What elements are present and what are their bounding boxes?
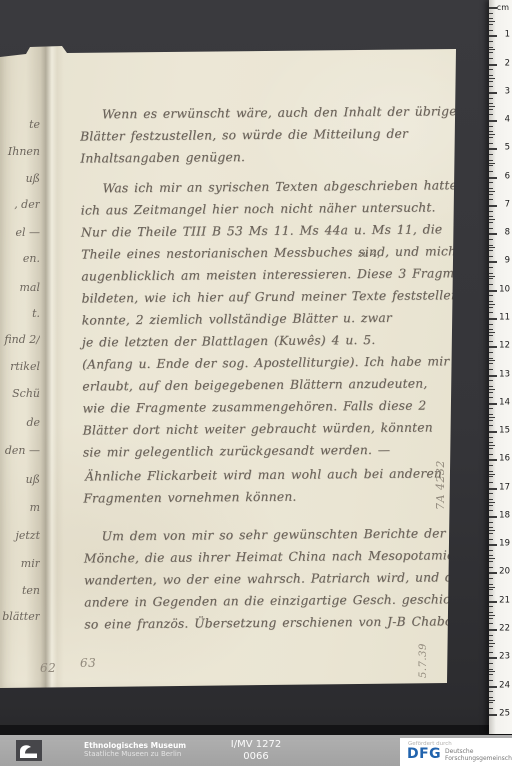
footer-shadow-band: [0, 725, 512, 735]
ruler-tick: [489, 247, 495, 248]
paragraph: Was ich mir an syrischen Texten abgeschr…: [81, 178, 477, 467]
ruler-tick: [489, 131, 493, 132]
ruler-tick: [489, 493, 493, 494]
ruler-tick: [489, 488, 497, 490]
ruler-tick: [489, 425, 493, 426]
ruler-number: 7: [505, 199, 510, 209]
ruler-number: 20: [499, 567, 510, 577]
ruler-tick: [489, 171, 493, 172]
ruler-tick: [489, 273, 493, 274]
ruler-tick: [489, 250, 493, 251]
ruler-tick: [489, 587, 495, 588]
ruler-tick: [489, 702, 493, 703]
reference-block: I/MV 1272 0066: [156, 739, 356, 763]
ruler-tick: [489, 267, 493, 268]
handwritten-line: sie mir gelegentlich zurückgesandt werde…: [83, 442, 477, 467]
ruler-number: 13: [499, 369, 510, 379]
ruler-tick: [489, 182, 493, 183]
ruler-tick: [489, 228, 493, 229]
ruler-tick: [489, 165, 493, 166]
ruler-tick: [489, 527, 493, 528]
funding-organisation: Deutsche Forschungsgemeinschaft: [445, 748, 512, 762]
ruler-tick: [489, 188, 493, 189]
ruler-tick: [489, 589, 493, 590]
ruler-tick: [489, 442, 493, 443]
ruler-tick: [489, 256, 493, 257]
ruler-tick: [489, 389, 495, 390]
ruler-tick: [489, 35, 497, 37]
ruler-tick: [489, 669, 493, 670]
pencil-folio-number-right: 63: [80, 656, 96, 670]
ruler-tick: [489, 454, 493, 455]
ruler-number: 11: [499, 313, 510, 323]
ruler-tick: [489, 437, 493, 438]
ruler-tick: [489, 680, 493, 681]
ruler-tick: [489, 417, 495, 418]
ruler-tick: [489, 414, 493, 415]
ruler-tick: [489, 392, 493, 393]
ruler-tick: [489, 615, 495, 616]
ruler-unit-label: cm: [497, 3, 509, 12]
paragraph: Wenn es erwünscht wäre, auch den Inhalt …: [80, 104, 475, 173]
ruler-tick: [489, 420, 493, 421]
funding-org-line2: Forschungsgemeinschaft: [445, 755, 512, 762]
ruler-tick: [489, 52, 493, 53]
scan-viewport: teIhnenuß, derel —en.malt.find 2/rtikelS…: [0, 0, 512, 766]
ruler-tick: [489, 335, 493, 336]
ruler-tick: [489, 318, 497, 320]
ruler-tick: [489, 278, 493, 279]
ruler-tick: [489, 329, 493, 330]
ruler-number: 5: [505, 143, 510, 153]
ruler-tick: [489, 312, 493, 313]
ruler-tick: [489, 352, 493, 353]
ruler-tick: [489, 106, 495, 107]
funding-org-line1: Deutsche: [445, 748, 512, 755]
ruler-tick: [489, 332, 495, 333]
ruler-tick: [489, 261, 497, 263]
ruler-number: 10: [499, 284, 510, 294]
ruler-number: 6: [505, 171, 510, 181]
dfg-logo: DFG: [407, 746, 441, 762]
ruler-tick: [489, 522, 493, 523]
ruler-tick: [489, 18, 493, 19]
dfg-funding-box: Gefördert durch DFG Deutsche Forschungsg…: [400, 738, 512, 766]
ruler-tick: [489, 482, 493, 483]
ruler-tick: [489, 539, 493, 540]
ruler-tick: [489, 341, 493, 342]
ruler-tick: [489, 555, 493, 556]
ruler-number: 2: [505, 58, 510, 68]
ruler-number: 4: [505, 115, 510, 125]
ruler-tick: [489, 103, 493, 104]
ruler-tick: [489, 408, 493, 409]
ruler-tick: [489, 544, 497, 546]
ruler-tick: [489, 505, 493, 506]
ruler-tick: [489, 160, 493, 161]
ruler-tick: [489, 550, 493, 551]
ruler-tick: [489, 499, 493, 500]
ruler-tick: [489, 663, 493, 664]
pencil-folio-number-left: 62: [40, 661, 56, 675]
ruler-number: 8: [505, 228, 510, 238]
ruler-tick: [489, 397, 493, 398]
ruler-tick: [489, 219, 495, 220]
ruler-tick: [489, 671, 495, 672]
ruler-tick: [489, 109, 493, 110]
ruler-tick: [489, 714, 497, 716]
ruler-tick: [489, 697, 493, 698]
paragraph: Ähnliche Flickarbeit wird man wohl auch …: [83, 466, 477, 513]
ruler-tick: [489, 502, 495, 503]
ruler-tick: [489, 691, 493, 692]
smb-logo-icon: [16, 740, 42, 761]
handwritten-line: Inhaltsangaben genügen.: [80, 148, 474, 173]
ruler-number: 17: [499, 482, 510, 492]
ruler-tick: [489, 448, 493, 449]
ruler-tick: [489, 98, 493, 99]
ruler-tick: [489, 191, 495, 192]
ruler-tick: [489, 134, 495, 135]
ruler-number: 19: [499, 539, 510, 549]
ruler-tick: [489, 572, 497, 574]
ruler-tick: [489, 516, 497, 518]
ruler-tick: [489, 530, 495, 531]
ruler-tick: [489, 239, 493, 240]
ruler-tick: [489, 386, 493, 387]
ruler-tick: [489, 295, 493, 296]
ruler-tick: [489, 363, 493, 364]
ruler-number: 21: [499, 595, 510, 605]
ruler-tick: [489, 459, 497, 461]
ruler-tick: [489, 380, 493, 381]
ruler-tick: [489, 245, 493, 246]
ruler-tick: [489, 465, 493, 466]
ruler-number: 23: [499, 652, 510, 662]
pencil-margin-mark-lower: 5.7.39: [418, 622, 429, 678]
ruler-tick: [489, 346, 497, 348]
ruler-tick: [489, 199, 493, 200]
cm-ruler: cm 1234567891011121314151617181920212223…: [489, 0, 512, 734]
ruler-tick: [489, 30, 493, 31]
ruler-tick: [489, 578, 493, 579]
ruler-tick: [489, 612, 493, 613]
handwritten-line: Fragmenten vornehmen können.: [83, 488, 477, 513]
ruler-tick: [489, 13, 493, 14]
ruler-tick: [489, 49, 495, 50]
ruler-number: 24: [499, 680, 510, 690]
ruler-tick: [489, 686, 497, 688]
ruler-tick: [489, 618, 493, 619]
ruler-tick: [489, 623, 493, 624]
ruler-tick: [489, 222, 493, 223]
ruler-number: 9: [505, 256, 510, 266]
ruler-tick: [489, 21, 495, 22]
handwritten-text: Wenn es erwünscht wäre, auch den Inhalt …: [0, 0, 512, 702]
ruler-tick: [489, 652, 493, 653]
ruler-tick: [489, 78, 495, 79]
ruler-tick: [489, 58, 493, 59]
ruler-tick: [489, 471, 493, 472]
ruler-tick: [489, 403, 497, 405]
ruler-tick: [489, 86, 493, 87]
ruler-tick: [489, 154, 493, 155]
ruler-tick: [489, 290, 497, 292]
ruler-tick: [489, 64, 497, 66]
ruler-number: 1: [505, 30, 510, 40]
pencil-margin-mark-upper: 7A 4232: [434, 410, 447, 510]
ruler-tick: [489, 301, 493, 302]
ruler-tick: [489, 276, 495, 277]
ruler-tick: [489, 369, 493, 370]
ruler-tick: [489, 148, 497, 150]
ruler-tick: [489, 375, 497, 377]
ruler-tick: [489, 216, 493, 217]
ruler-tick: [489, 629, 497, 631]
ruler-number: 12: [499, 341, 510, 351]
ruler-number: 25: [499, 708, 510, 718]
ruler-tick: [489, 41, 493, 42]
ruler-number: 3: [505, 86, 510, 96]
ruler-tick: [489, 194, 493, 195]
ruler-tick: [489, 635, 493, 636]
ruler-tick: [489, 360, 495, 361]
ruler-tick: [489, 211, 493, 212]
ruler-tick: [489, 143, 493, 144]
ruler-tick: [489, 75, 493, 76]
ruler-tick: [489, 163, 495, 164]
ruler-tick: [489, 126, 493, 127]
ruler-tick: [489, 120, 497, 122]
ruler-tick: [489, 304, 495, 305]
ruler-tick: [489, 474, 495, 475]
ruler-tick: [489, 595, 493, 596]
ruler-tick: [489, 643, 495, 644]
ruler-number: 15: [499, 426, 510, 436]
shelfmark: I/MV 1272: [156, 739, 356, 751]
ruler-tick: [489, 567, 493, 568]
ruler-tick: [489, 324, 493, 325]
ruler-tick: [489, 69, 493, 70]
ruler-tick: [489, 510, 493, 511]
ruler-tick: [489, 431, 497, 433]
ruler-tick: [489, 92, 497, 94]
ruler-tick: [489, 114, 493, 115]
ruler-tick: [489, 646, 493, 647]
ruler-number: 22: [499, 623, 510, 633]
ruler-tick: [489, 177, 497, 179]
ruler-tick: [489, 533, 493, 534]
ruler-tick: [489, 233, 497, 235]
ruler-number: 16: [499, 454, 510, 464]
ruler-tick: [489, 640, 493, 641]
ruler-tick: [489, 284, 493, 285]
ruler-number: 18: [499, 510, 510, 520]
ruler-tick: [489, 700, 495, 701]
ruler-tick: [489, 81, 493, 82]
ruler-tick: [489, 358, 493, 359]
ruler-tick: [489, 47, 493, 48]
ruler-tick: [489, 24, 493, 25]
ruler-number: 14: [499, 397, 510, 407]
ruler-tick: [489, 584, 493, 585]
ruler-tick: [489, 137, 493, 138]
ruler-tick: [489, 307, 493, 308]
ruler-tick: [489, 205, 497, 207]
ruler-tick: [489, 445, 495, 446]
ruler-tick: [489, 657, 497, 659]
image-number: 0066: [156, 751, 356, 763]
insertion-note: zu 4,: [358, 250, 380, 260]
ruler-tick: [489, 606, 493, 607]
ruler-tick: [489, 708, 493, 709]
letter-page: teIhnenuß, derel —en.malt.find 2/rtikelS…: [0, 0, 512, 700]
footer-bar: Ethnologisches Museum Staatliche Museen …: [0, 735, 512, 766]
ruler-tick: [489, 558, 495, 559]
ruler-tick: [489, 476, 493, 477]
ruler-tick: [489, 674, 493, 675]
ruler-tick: [489, 7, 497, 9]
ruler-tick: [489, 601, 497, 603]
ruler-tick: [489, 561, 493, 562]
